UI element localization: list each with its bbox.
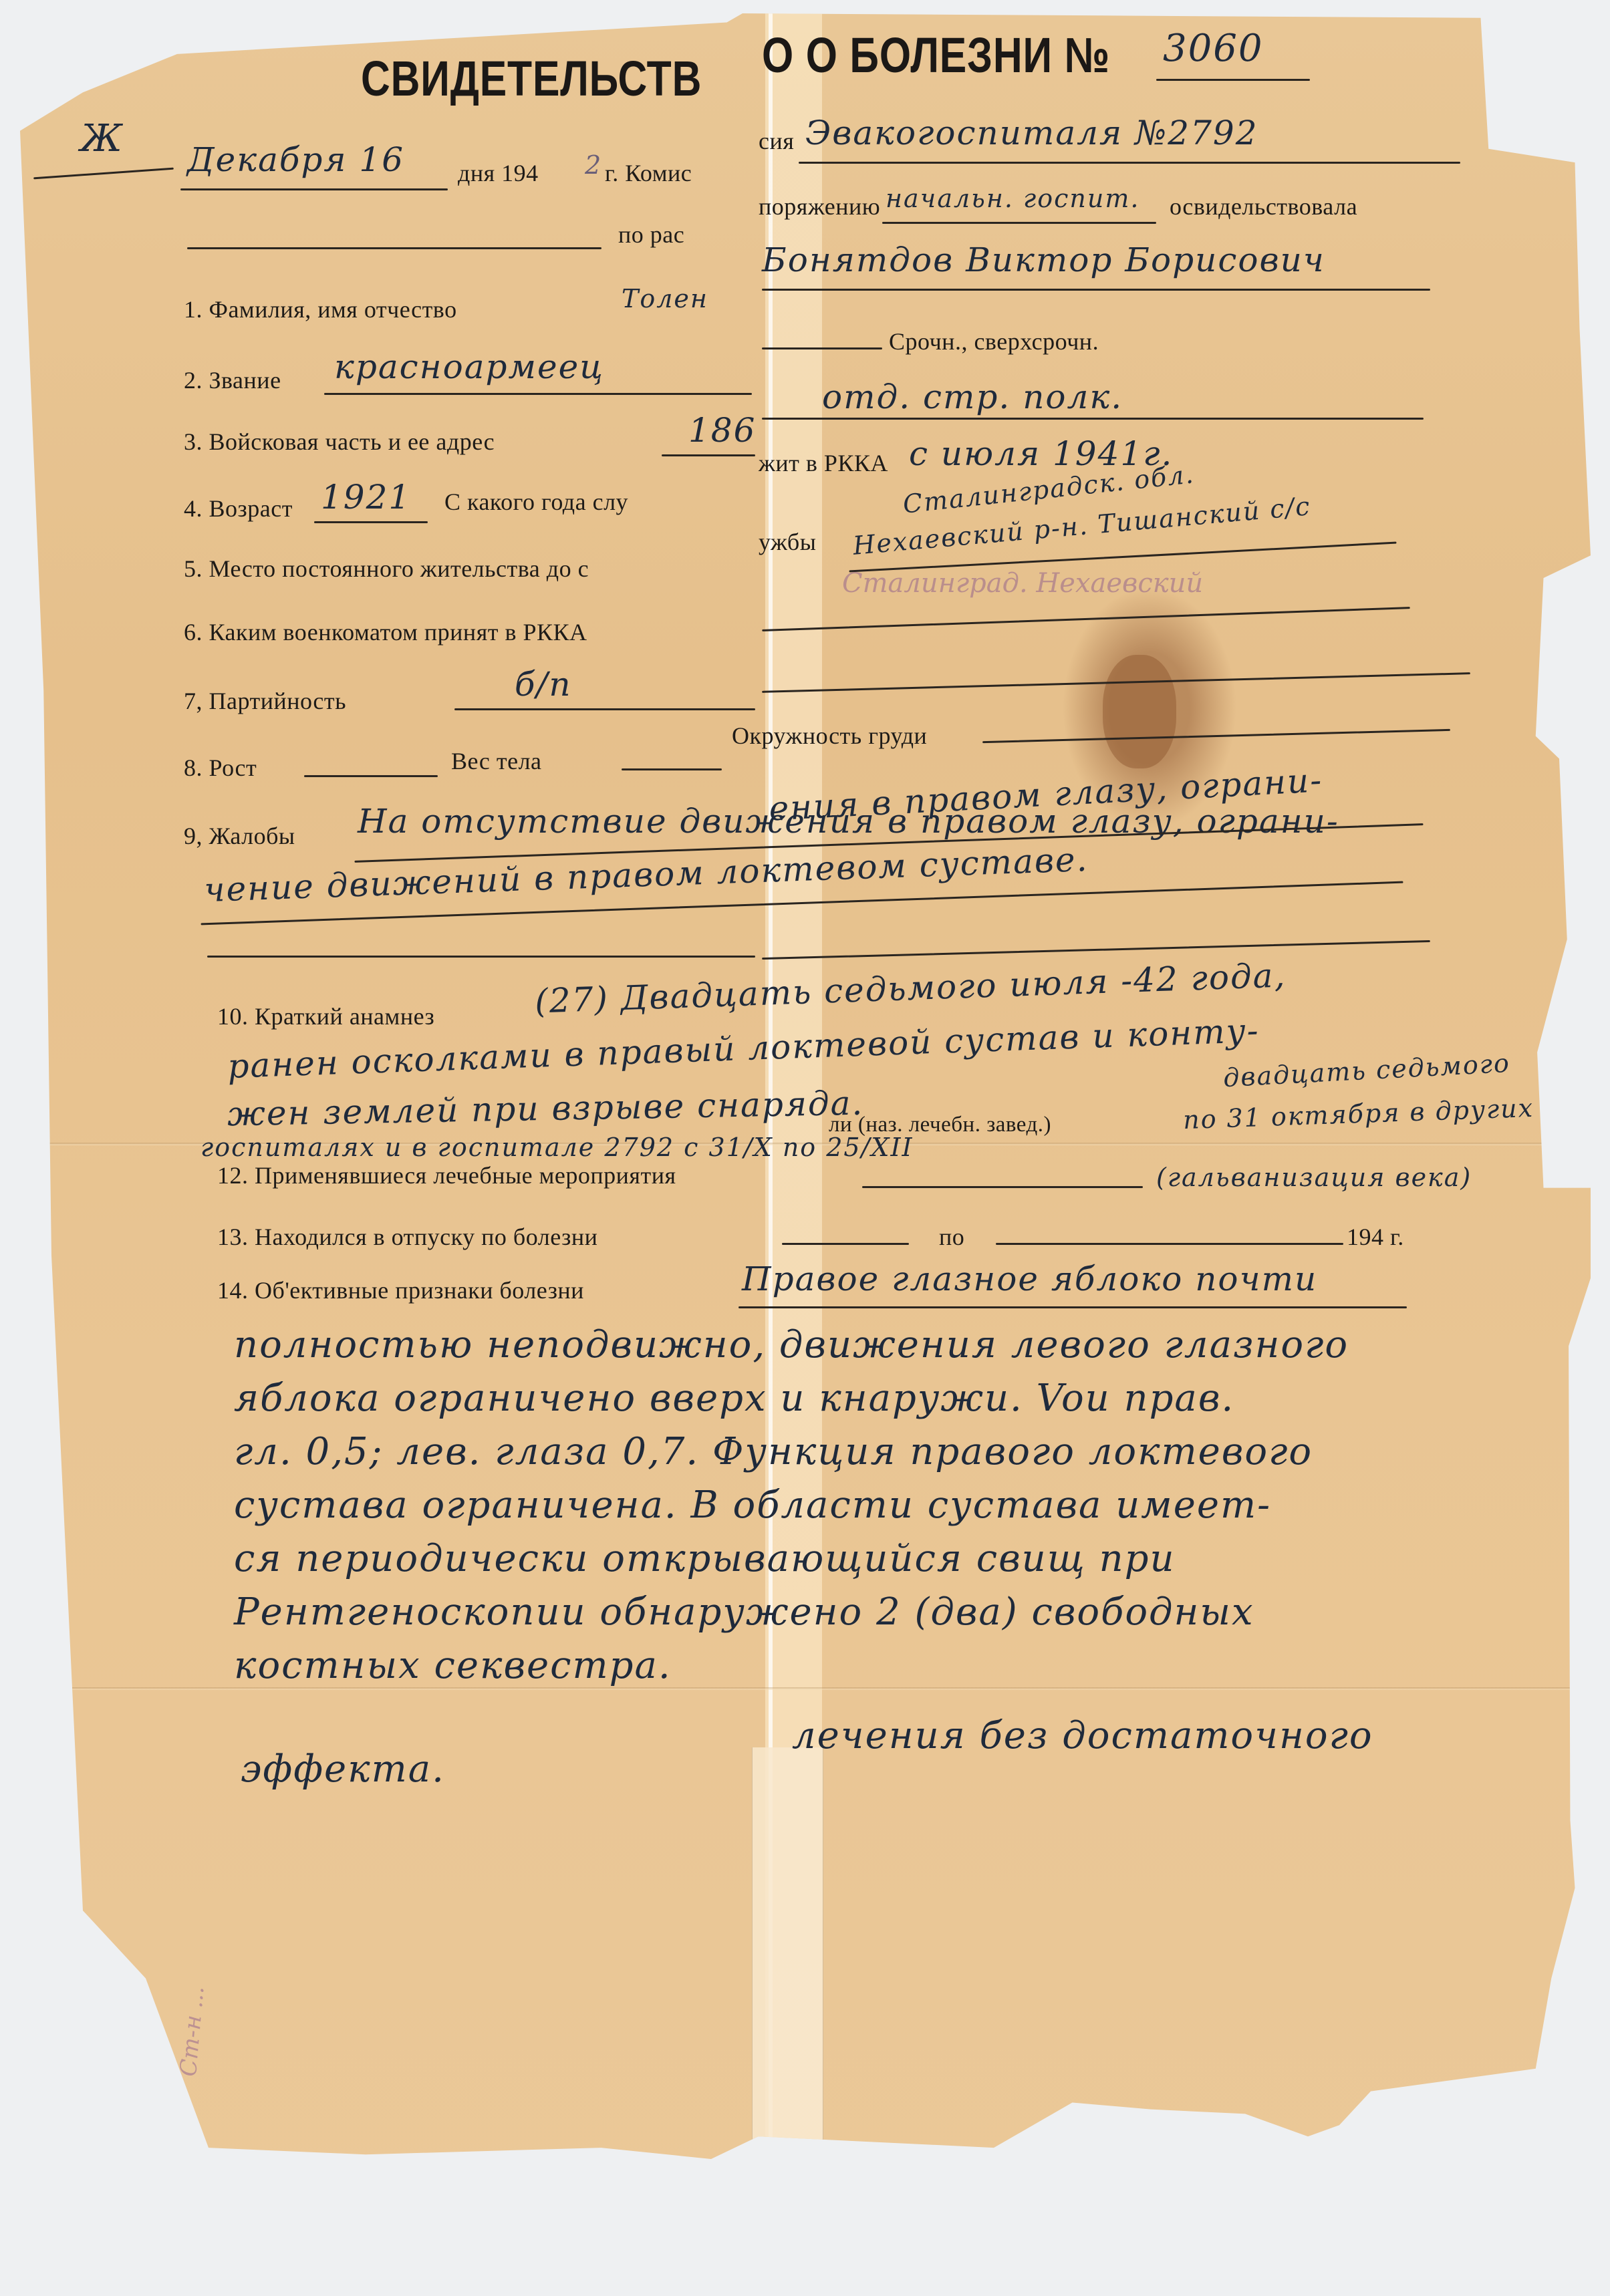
- field-7-label: 7, Партийность: [184, 687, 346, 715]
- field-2-unit: отд. стр. полк.: [822, 378, 1123, 416]
- rule: [762, 607, 1410, 631]
- field-1-value-left: Толен: [622, 284, 708, 313]
- field-1-label: 1. Фамилия, имя отчество: [184, 295, 457, 323]
- field-4-label: 4. Возраст: [184, 494, 293, 523]
- page-title-right: О О БОЛЕЗНИ №: [762, 27, 1110, 84]
- field-5-label: 5. Место постоянного жительства до с: [184, 555, 589, 583]
- field-6-label: 6. Каким военкоматом принят в РККА: [184, 618, 587, 646]
- examined-label: освидельствовала: [1170, 192, 1357, 221]
- served-in-rkka-label: жит в РККА: [759, 449, 888, 477]
- institution-name: Эвакогоспиталя №2792: [805, 114, 1258, 152]
- rule: [762, 418, 1424, 420]
- field-8-weight-label: Вес тела: [451, 747, 542, 775]
- field-13-label: 13. Находился в отпуску по болезни: [217, 1223, 597, 1251]
- by-order-label-left: по рас: [618, 221, 684, 249]
- field-10-anamnesis-note: двадцать седьмого: [1222, 1048, 1511, 1093]
- rule: [304, 775, 438, 777]
- margin-pencil-note: Ст-н ...: [175, 1985, 210, 2077]
- field-2-rank: красноармеец: [334, 347, 604, 386]
- field-2-label: 2. Звание: [184, 366, 281, 394]
- rule: [314, 521, 428, 523]
- page-title-left: СВИДЕТЕЛЬСТВ: [361, 50, 702, 107]
- field-5-label-2: ужбы: [759, 528, 816, 556]
- rule: [762, 347, 882, 349]
- field-11-value-line-2: госпиталях и в госпитале 2792 с 31/X по …: [200, 1133, 913, 1162]
- field-9-complaints-line-1: На отсутствие движения в правом глазу, о…: [358, 802, 1339, 841]
- rule: [662, 454, 755, 456]
- horizontal-fold-line: [20, 1687, 1591, 1690]
- field-10-anamnesis-line-1: (27) Двадцать седьмого июля -42 года,: [534, 956, 1287, 1020]
- date-label: дня 194: [458, 159, 539, 187]
- rule: [862, 1186, 1143, 1188]
- rule: [762, 289, 1430, 291]
- certificate-number: 3060: [1163, 27, 1264, 70]
- rule: [799, 162, 1460, 164]
- field-13-year-label: 194 г.: [1347, 1223, 1404, 1251]
- field-1-full-name: Бонятдов Виктор Борисович: [762, 241, 1325, 279]
- objective-signs-line-2: яблока ограничено вверх и кнаружи. Vou п…: [234, 1377, 1234, 1420]
- objective-signs-line-6: Рентгеноскопии обнаружено 2 (два) свобод…: [234, 1590, 1254, 1634]
- objective-signs-line-3: гл. 0,5; лев. глаза 0,7. Функция правого…: [234, 1430, 1313, 1473]
- field-9-label: 9, Жалобы: [184, 822, 295, 850]
- field-10-label: 10. Краткий анамнез: [217, 1002, 434, 1030]
- rule: [207, 956, 755, 958]
- rule: [1156, 79, 1310, 81]
- rule: [996, 1243, 1343, 1245]
- by-order-value: начальн. госпит.: [886, 184, 1139, 213]
- rule: [762, 940, 1430, 960]
- field-7-party-status: б/п: [515, 665, 572, 704]
- faded-pencil-note: Сталинград. Нехаевский: [842, 568, 1203, 599]
- date-day-month: Декабря 16: [187, 140, 404, 179]
- field-14-value-line-1: Правое глазное яблоко почти: [742, 1260, 1317, 1298]
- rule: [739, 1306, 1407, 1308]
- rule: [324, 393, 752, 395]
- objective-signs-line-1: полностью неподвижно, движения левого гл…: [234, 1323, 1349, 1367]
- objective-signs-line-9: эффекта.: [241, 1747, 445, 1791]
- field-14-label: 14. Об'ективные признаки болезни: [217, 1276, 584, 1304]
- brown-stain: [1103, 655, 1176, 768]
- year-suffix: г. Комис: [605, 159, 692, 187]
- commission-suffix: сия: [759, 127, 794, 155]
- rule: [622, 768, 722, 770]
- field-service-type-label: Срочн., сверхсрочн.: [889, 327, 1099, 355]
- rule: [187, 247, 601, 249]
- objective-signs-line-4: сустава ограничена. В области сустава им…: [234, 1483, 1271, 1527]
- field-11-value-line-1: по 31 октября в других: [1182, 1093, 1534, 1135]
- field-3-label: 3. Войсковая часть и ее адрес: [184, 428, 495, 456]
- rule: [782, 1243, 909, 1245]
- field-3-unit-number: 186: [688, 411, 756, 450]
- torn-medical-certificate: Ж СВИДЕТЕЛЬСТВ О О БОЛЕЗНИ № 3060 Декабр…: [20, 13, 1591, 2272]
- field-4-birth-year: 1921: [321, 478, 411, 517]
- rule: [454, 708, 755, 710]
- corner-rule: [33, 168, 174, 180]
- rule: [180, 188, 448, 190]
- field-13-to-label: по: [939, 1223, 964, 1251]
- field-12-treatment: (гальванизация века): [1156, 1163, 1472, 1192]
- objective-signs-line-8: лечения без достаточного: [792, 1714, 1373, 1757]
- rule: [882, 222, 1156, 224]
- field-12-label: 12. Применявшиеся лечебные мероприятия: [217, 1161, 676, 1189]
- year-digit: 2: [585, 150, 602, 180]
- repair-tape-strip: [752, 1747, 823, 2242]
- by-order-label: поряжению: [759, 192, 880, 221]
- rule: [982, 729, 1450, 743]
- objective-signs-line-5: ся периодически открывающийся свищ при: [234, 1537, 1176, 1580]
- corner-handwritten-mark: Ж: [80, 117, 124, 160]
- field-8-chest-label: Окружность груди: [732, 722, 927, 750]
- field-8-label: 8. Рост: [184, 754, 257, 782]
- objective-signs-line-7: костных секвестра.: [234, 1644, 672, 1687]
- field-4-label-2: С какого года слу: [444, 488, 628, 516]
